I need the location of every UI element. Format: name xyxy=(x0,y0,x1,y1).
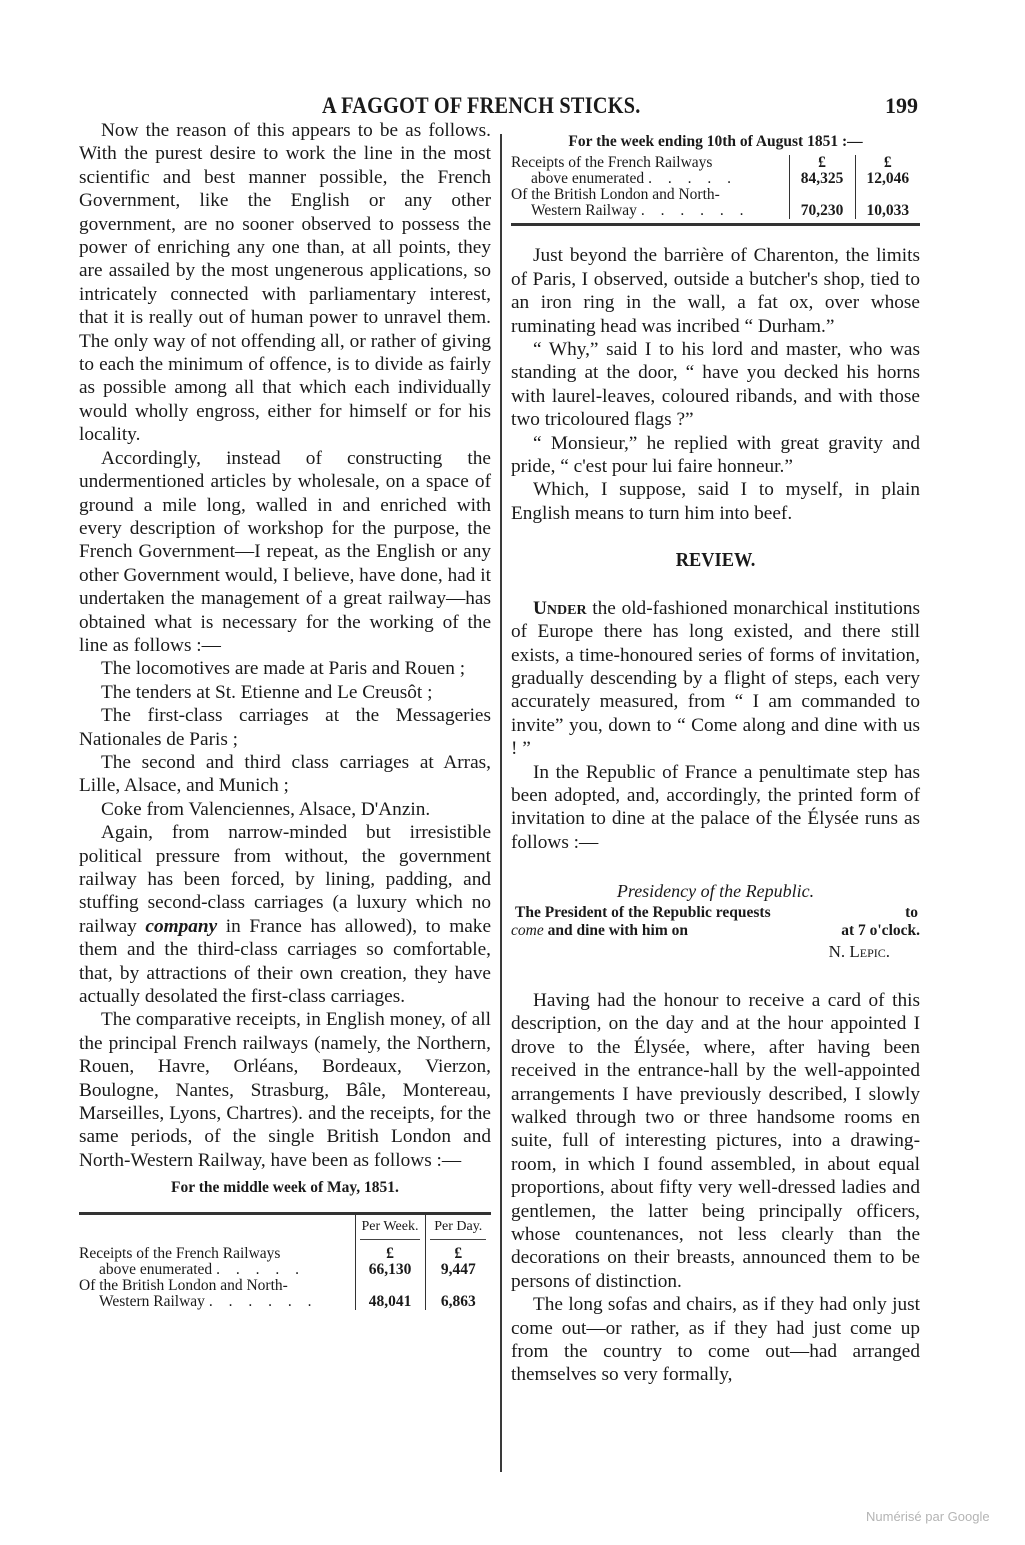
table-row: Receipts of the French Railways above en… xyxy=(511,155,920,187)
emphasis: company xyxy=(145,916,217,937)
paragraph: Now the reason of this appears to be as … xyxy=(79,119,491,447)
per-week-value: £66,130 xyxy=(355,1246,425,1278)
paragraph: Under the old-fashioned monarchical inst… xyxy=(511,597,920,761)
paragraph: Having had the honour to receive a card … xyxy=(511,989,920,1293)
per-day-value: £12,046 xyxy=(855,155,920,187)
row-label: Receipts of the French Railways above en… xyxy=(511,155,789,187)
paragraph: Which, I suppose, said I to myself, in p… xyxy=(511,478,920,525)
running-title: A FAGGOT OF FRENCH STICKS. xyxy=(322,93,641,119)
paragraph: The long sofas and chairs, as if they ha… xyxy=(511,1293,920,1387)
table-row: Receipts of the French Railways above en… xyxy=(79,1246,491,1278)
invitation-card: Presidency of the Republic. The Presiden… xyxy=(511,880,920,963)
row-label: Receipts of the French Railways above en… xyxy=(79,1246,355,1278)
paragraph: The second and third class carriages at … xyxy=(79,751,491,798)
table-bottom-rule xyxy=(511,223,920,226)
paragraph: Accordingly, instead of constructing the… xyxy=(79,447,491,658)
column-header-per-week: Per Week. xyxy=(355,1215,425,1246)
per-week-value: 48,041 xyxy=(355,1278,425,1310)
page-number: 199 xyxy=(885,93,918,119)
paragraph: The tenders at St. Etienne and Le Creusô… xyxy=(79,681,491,704)
paragraph: The locomotives are made at Paris and Ro… xyxy=(79,657,491,680)
per-week-value: 70,230 xyxy=(789,187,855,219)
invitation-line: The President of the Republic requeststo xyxy=(511,904,920,922)
paragraph: In the Republic of France a penultimate … xyxy=(511,761,920,855)
left-column: Now the reason of this appears to be as … xyxy=(79,119,491,1310)
invitation-signature: N. Lepic. xyxy=(511,940,920,963)
digitization-watermark: Numérisé par Google xyxy=(866,1509,990,1524)
row-label: Of the British London and North- Western… xyxy=(79,1278,355,1310)
paragraph: Just beyond the barrière of Charenton, t… xyxy=(511,244,920,338)
per-week-value: £84,325 xyxy=(789,155,855,187)
table-row: Of the British London and North- Western… xyxy=(511,187,920,219)
paragraph: The first-class carriages at the Message… xyxy=(79,704,491,751)
table-caption: For the middle week of May, 1851. xyxy=(79,1176,491,1199)
paragraph: “ Monsieur,” he replied with great gravi… xyxy=(511,432,920,479)
table-header-row: Per Week. Per Day. xyxy=(79,1215,491,1246)
paragraph: The comparative receipts, in English mon… xyxy=(79,1008,491,1172)
receipts-table-august: Receipts of the French Railways above en… xyxy=(511,155,920,219)
table-caption: For the week ending 10th of August 1851 … xyxy=(511,130,920,153)
per-day-value: 6,863 xyxy=(425,1278,491,1310)
invitation-line: come and dine with him onat 7 o'clock. xyxy=(511,922,920,940)
column-divider xyxy=(500,134,502,1472)
section-title: REVIEW. xyxy=(527,549,903,572)
table-row: Of the British London and North- Western… xyxy=(79,1278,491,1310)
paragraph: Again, from narrow-minded but irresistib… xyxy=(79,821,491,1008)
receipts-table-may: Per Week. Per Day. Receipts of the Frenc… xyxy=(79,1215,491,1310)
paragraph: “ Why,” said I to his lord and master, w… xyxy=(511,338,920,432)
per-day-value: £9,447 xyxy=(425,1246,491,1278)
paragraph: Coke from Valenciennes, Alsace, D'Anzin. xyxy=(79,798,491,821)
per-day-value: 10,033 xyxy=(855,187,920,219)
column-header-per-day: Per Day. xyxy=(425,1215,491,1246)
lead-smallcaps: Under xyxy=(533,598,587,619)
right-column: For the week ending 10th of August 1851 … xyxy=(511,130,920,1387)
invitation-heading: Presidency of the Republic. xyxy=(511,880,920,903)
row-label: Of the British London and North- Western… xyxy=(511,187,789,219)
